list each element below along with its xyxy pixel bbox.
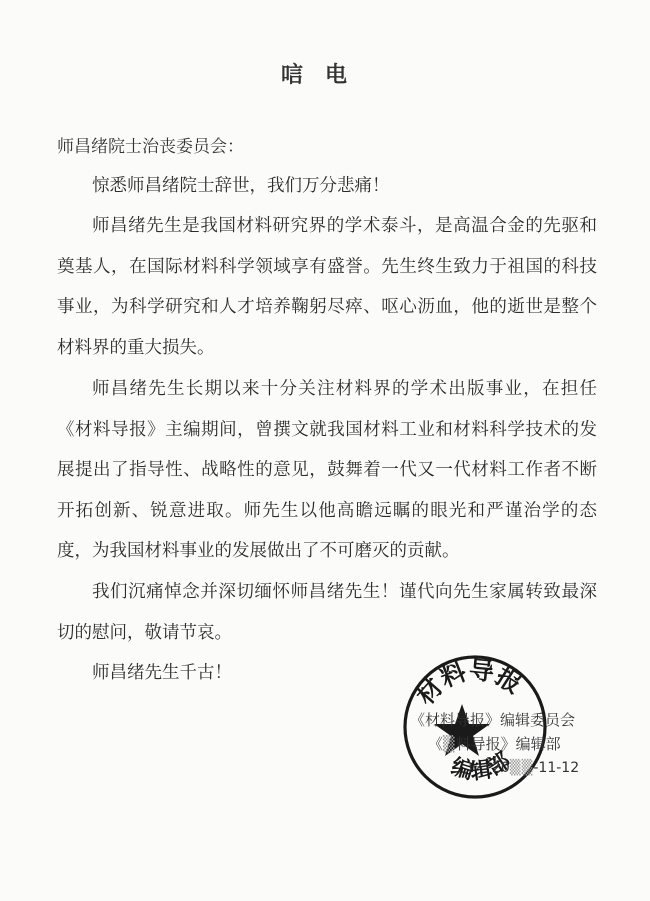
signature-date: 20▒▒-11-12 [410, 756, 579, 780]
signature-committee: 《材料导报》编辑委员会 [410, 708, 579, 732]
obscured-text: ▒ [443, 735, 456, 753]
document-title: 唁电 [0, 58, 650, 89]
paragraph-1: 惊悉师昌绪院士辞世，我们万分悲痛！ [57, 166, 597, 207]
paragraph-2: 师昌绪先生是我国材料研究界的学术泰斗，是高温合金的先驱和奠基人，在国际材料科学领… [57, 206, 597, 368]
paragraph-4: 我们沉痛悼念并深切缅怀师昌绪先生！谨代向先生家属转致最深切的慰问，敬请节哀。 [57, 572, 597, 653]
condolence-letter-page: 唁电 师昌绪院士治丧委员会： 惊悉师昌绪院士辞世，我们万分悲痛！ 师昌绪先生是我… [0, 0, 650, 901]
paragraph-5: 师昌绪先生千古！ [57, 653, 597, 694]
paragraph-3: 师昌绪先生长期以来十分关注材料界的学术出版事业，在担任《材料导报》主编期间，曾撰… [57, 369, 597, 572]
signature-block: 《材料导报》编辑委员会 《▒料导报》编辑部 20▒▒-11-12 [410, 708, 579, 780]
obscured-date-digits: ▒▒ [510, 760, 534, 776]
signature-editorial-dept: 《▒料导报》编辑部 [410, 732, 579, 756]
salutation: 师昌绪院士治丧委员会： [57, 132, 244, 157]
